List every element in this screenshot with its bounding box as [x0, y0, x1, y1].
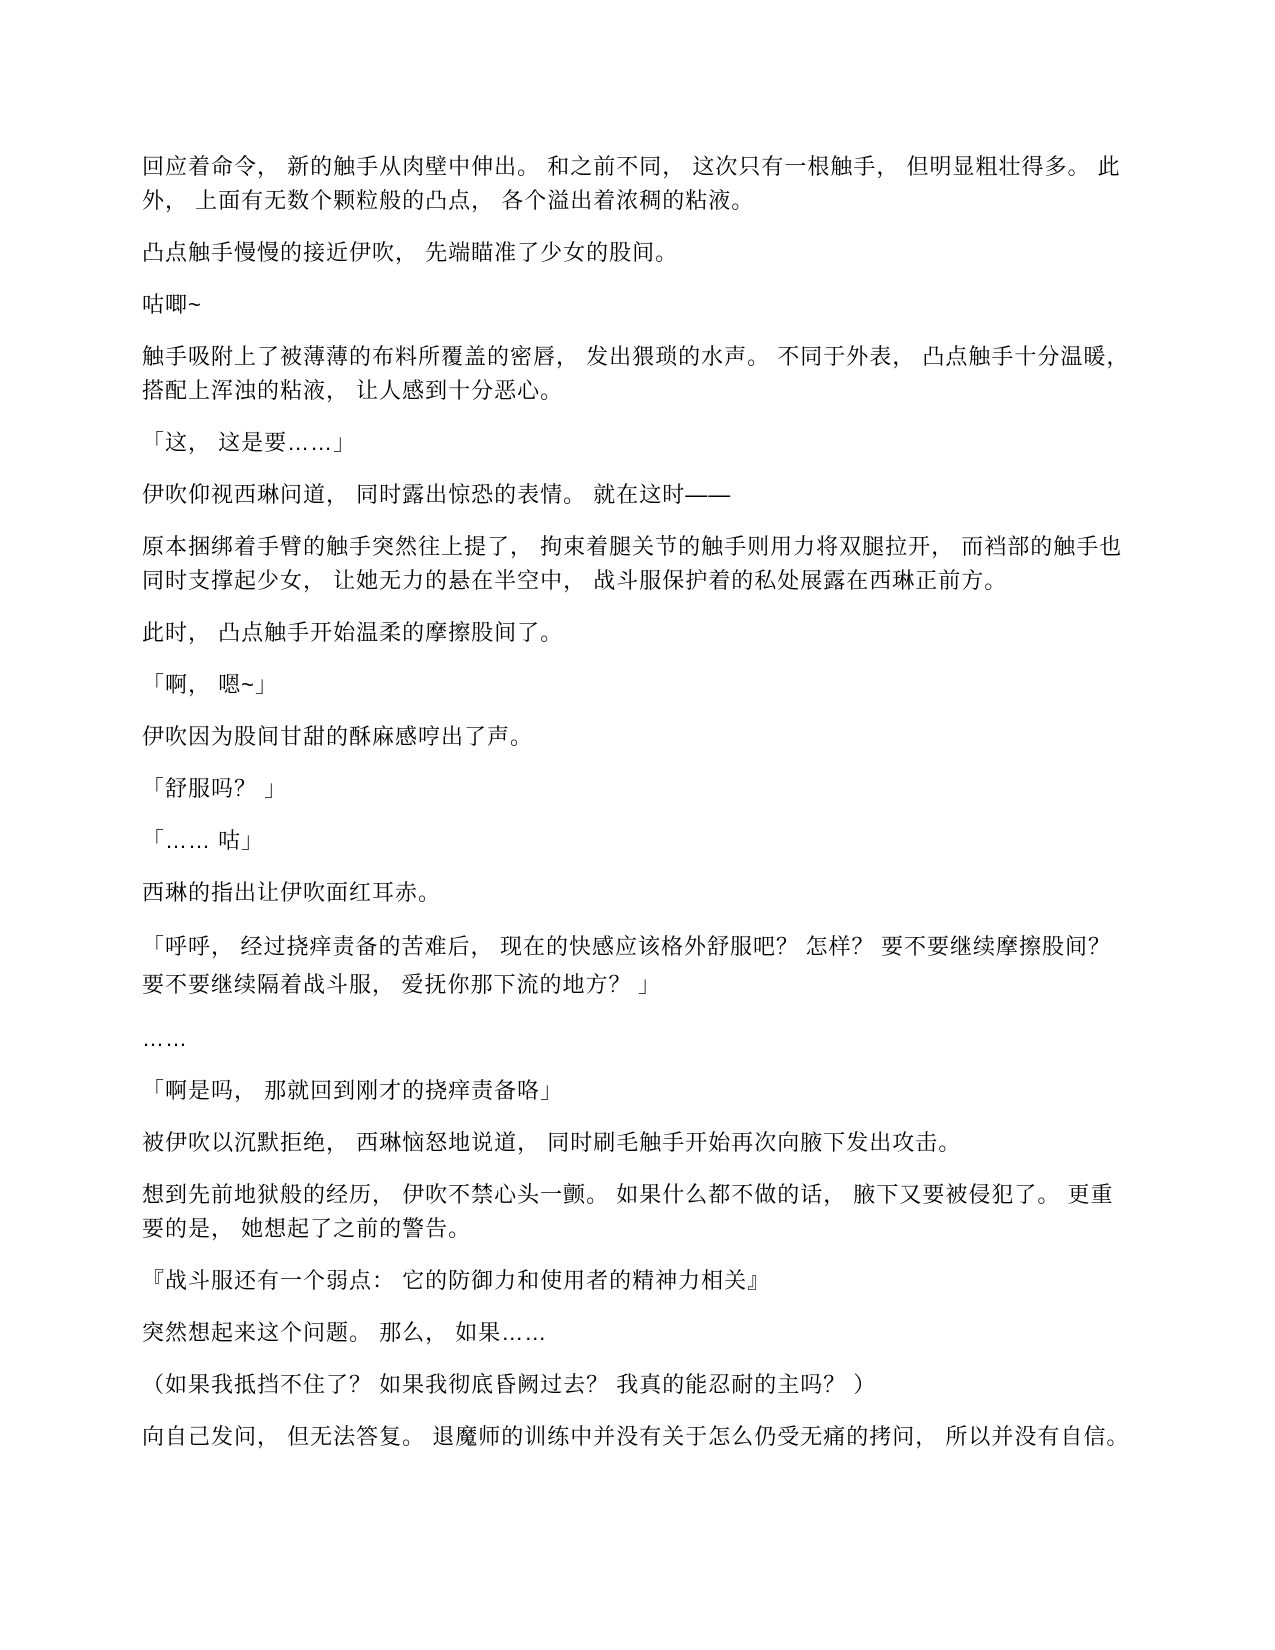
paragraph: 想到先前地狱般的经历， 伊吹不禁心头一颤。 如果什么都不做的话， 腋下又要被侵犯… — [142, 1178, 1133, 1246]
page-content: 回应着命令， 新的触手从肉壁中伸出。 和之前不同， 这次只有一根触手， 但明显粗… — [0, 0, 1275, 1454]
paragraph: 凸点触手慢慢的接近伊吹， 先端瞄准了少女的股间。 — [142, 236, 1133, 270]
paragraph: 咕唧~ — [142, 288, 1133, 322]
paragraph: 「啊是吗， 那就回到刚才的挠痒责备咯」 — [142, 1074, 1133, 1108]
paragraph: 「啊， 嗯~」 — [142, 668, 1133, 702]
novel-page: 回应着命令， 新的触手从肉壁中伸出。 和之前不同， 这次只有一根触手， 但明显粗… — [0, 0, 1275, 1650]
paragraph: 「…… 咕」 — [142, 824, 1133, 858]
paragraph: 『战斗服还有一个弱点： 它的防御力和使用者的精神力相关』 — [142, 1264, 1133, 1298]
paragraph: 向自己发问， 但无法答复。 退魔师的训练中并没有关于怎么仍受无痛的拷问， 所以并… — [142, 1420, 1133, 1454]
paragraph: 「呼呼， 经过挠痒责备的苦难后， 现在的快感应该格外舒服吧？ 怎样？ 要不要继续… — [142, 928, 1133, 1004]
paragraph: （如果我抵挡不住了？ 如果我彻底昏阙过去？ 我真的能忍耐的主吗？ ） — [142, 1368, 1133, 1402]
paragraph: 「舒服吗？ 」 — [142, 772, 1133, 806]
paragraph: 西琳的指出让伊吹面红耳赤。 — [142, 876, 1133, 910]
paragraph: 被伊吹以沉默拒绝， 西琳恼怒地说道， 同时刷毛触手开始再次向腋下发出攻击。 — [142, 1126, 1133, 1160]
paragraph: 原本捆绑着手臂的触手突然往上提了， 拘束着腿关节的触手则用力将双腿拉开， 而裆部… — [142, 530, 1133, 598]
paragraph: 触手吸附上了被薄薄的布料所覆盖的密唇， 发出猥琐的水声。 不同于外表， 凸点触手… — [142, 340, 1133, 408]
paragraph: 突然想起来这个问题。 那么， 如果…… — [142, 1316, 1133, 1350]
paragraph: 伊吹仰视西琳问道， 同时露出惊恐的表情。 就在这时—— — [142, 478, 1133, 512]
paragraph: …… — [142, 1022, 1133, 1056]
paragraph: 伊吹因为股间甘甜的酥麻感哼出了声。 — [142, 720, 1133, 754]
paragraph: 「这， 这是要……」 — [142, 426, 1133, 460]
paragraph: 此时， 凸点触手开始温柔的摩擦股间了。 — [142, 616, 1133, 650]
paragraph: 回应着命令， 新的触手从肉壁中伸出。 和之前不同， 这次只有一根触手， 但明显粗… — [142, 150, 1133, 218]
